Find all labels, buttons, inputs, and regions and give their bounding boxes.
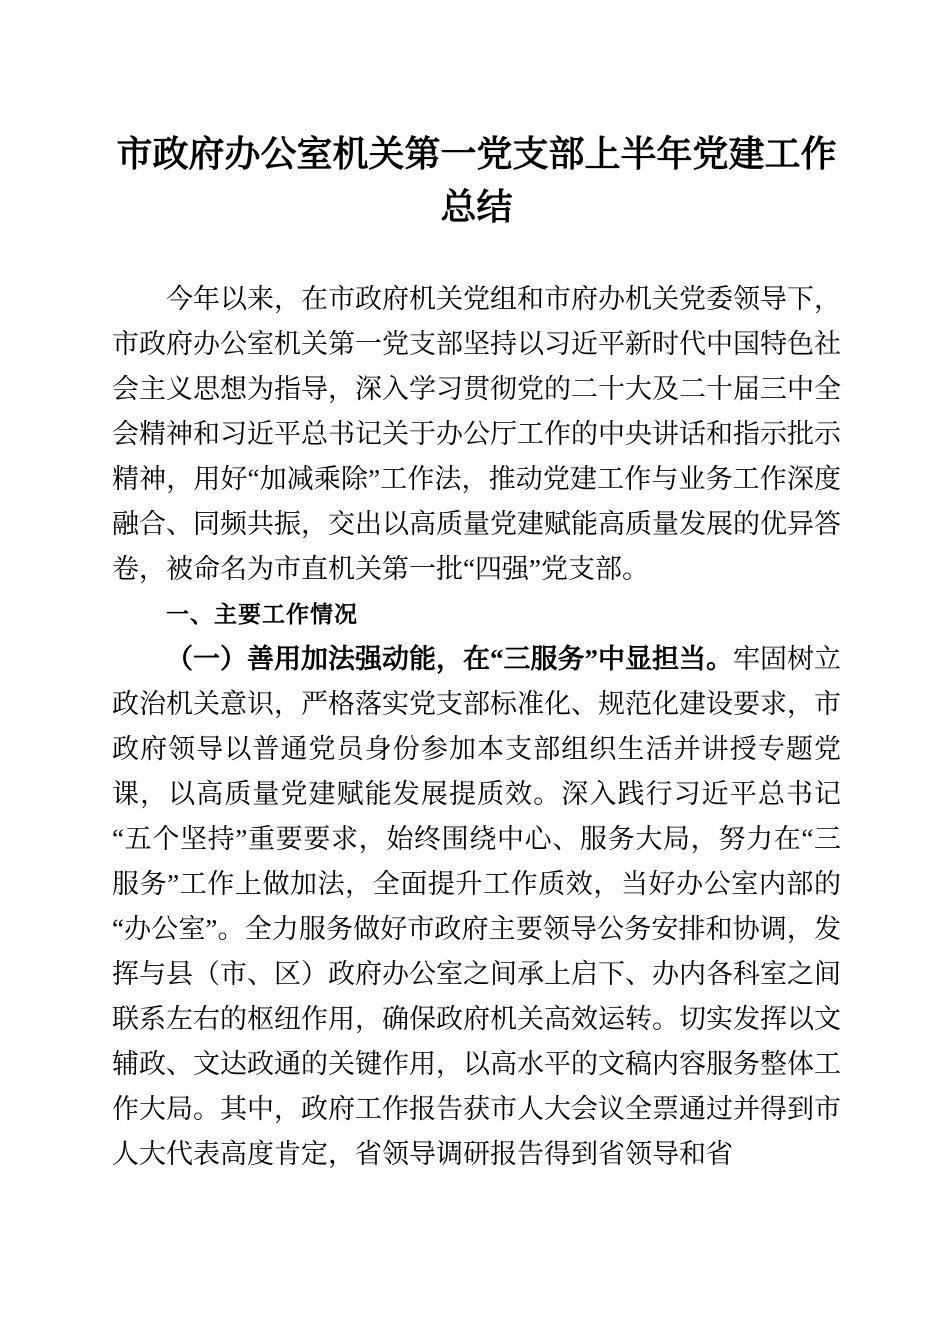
- section-heading: 一、主要工作情况: [112, 592, 841, 637]
- document-title: 市政府办公室机关第一党支部上半年党建工作总结: [112, 128, 841, 234]
- section1-body-text: 牢固树立政治机关意识，严格落实党支部标准化、规范化建设要求，市政府领导以普通党员…: [112, 644, 841, 1169]
- intro-paragraph: 今年以来，在市政府机关党组和市府办机关党委领导下，市政府办公室机关第一党支部坚持…: [112, 277, 841, 592]
- section1-paragraph: （一）善用加法强动能，在“三服务”中显担当。牢固树立政治机关意识，严格落实党支部…: [112, 637, 841, 1177]
- section1-lead-sentence: （一）善用加法强动能，在“三服务”中显担当。: [166, 644, 733, 674]
- document-page: 市政府办公室机关第一党支部上半年党建工作总结 今年以来，在市政府机关党组和市府办…: [0, 0, 950, 1344]
